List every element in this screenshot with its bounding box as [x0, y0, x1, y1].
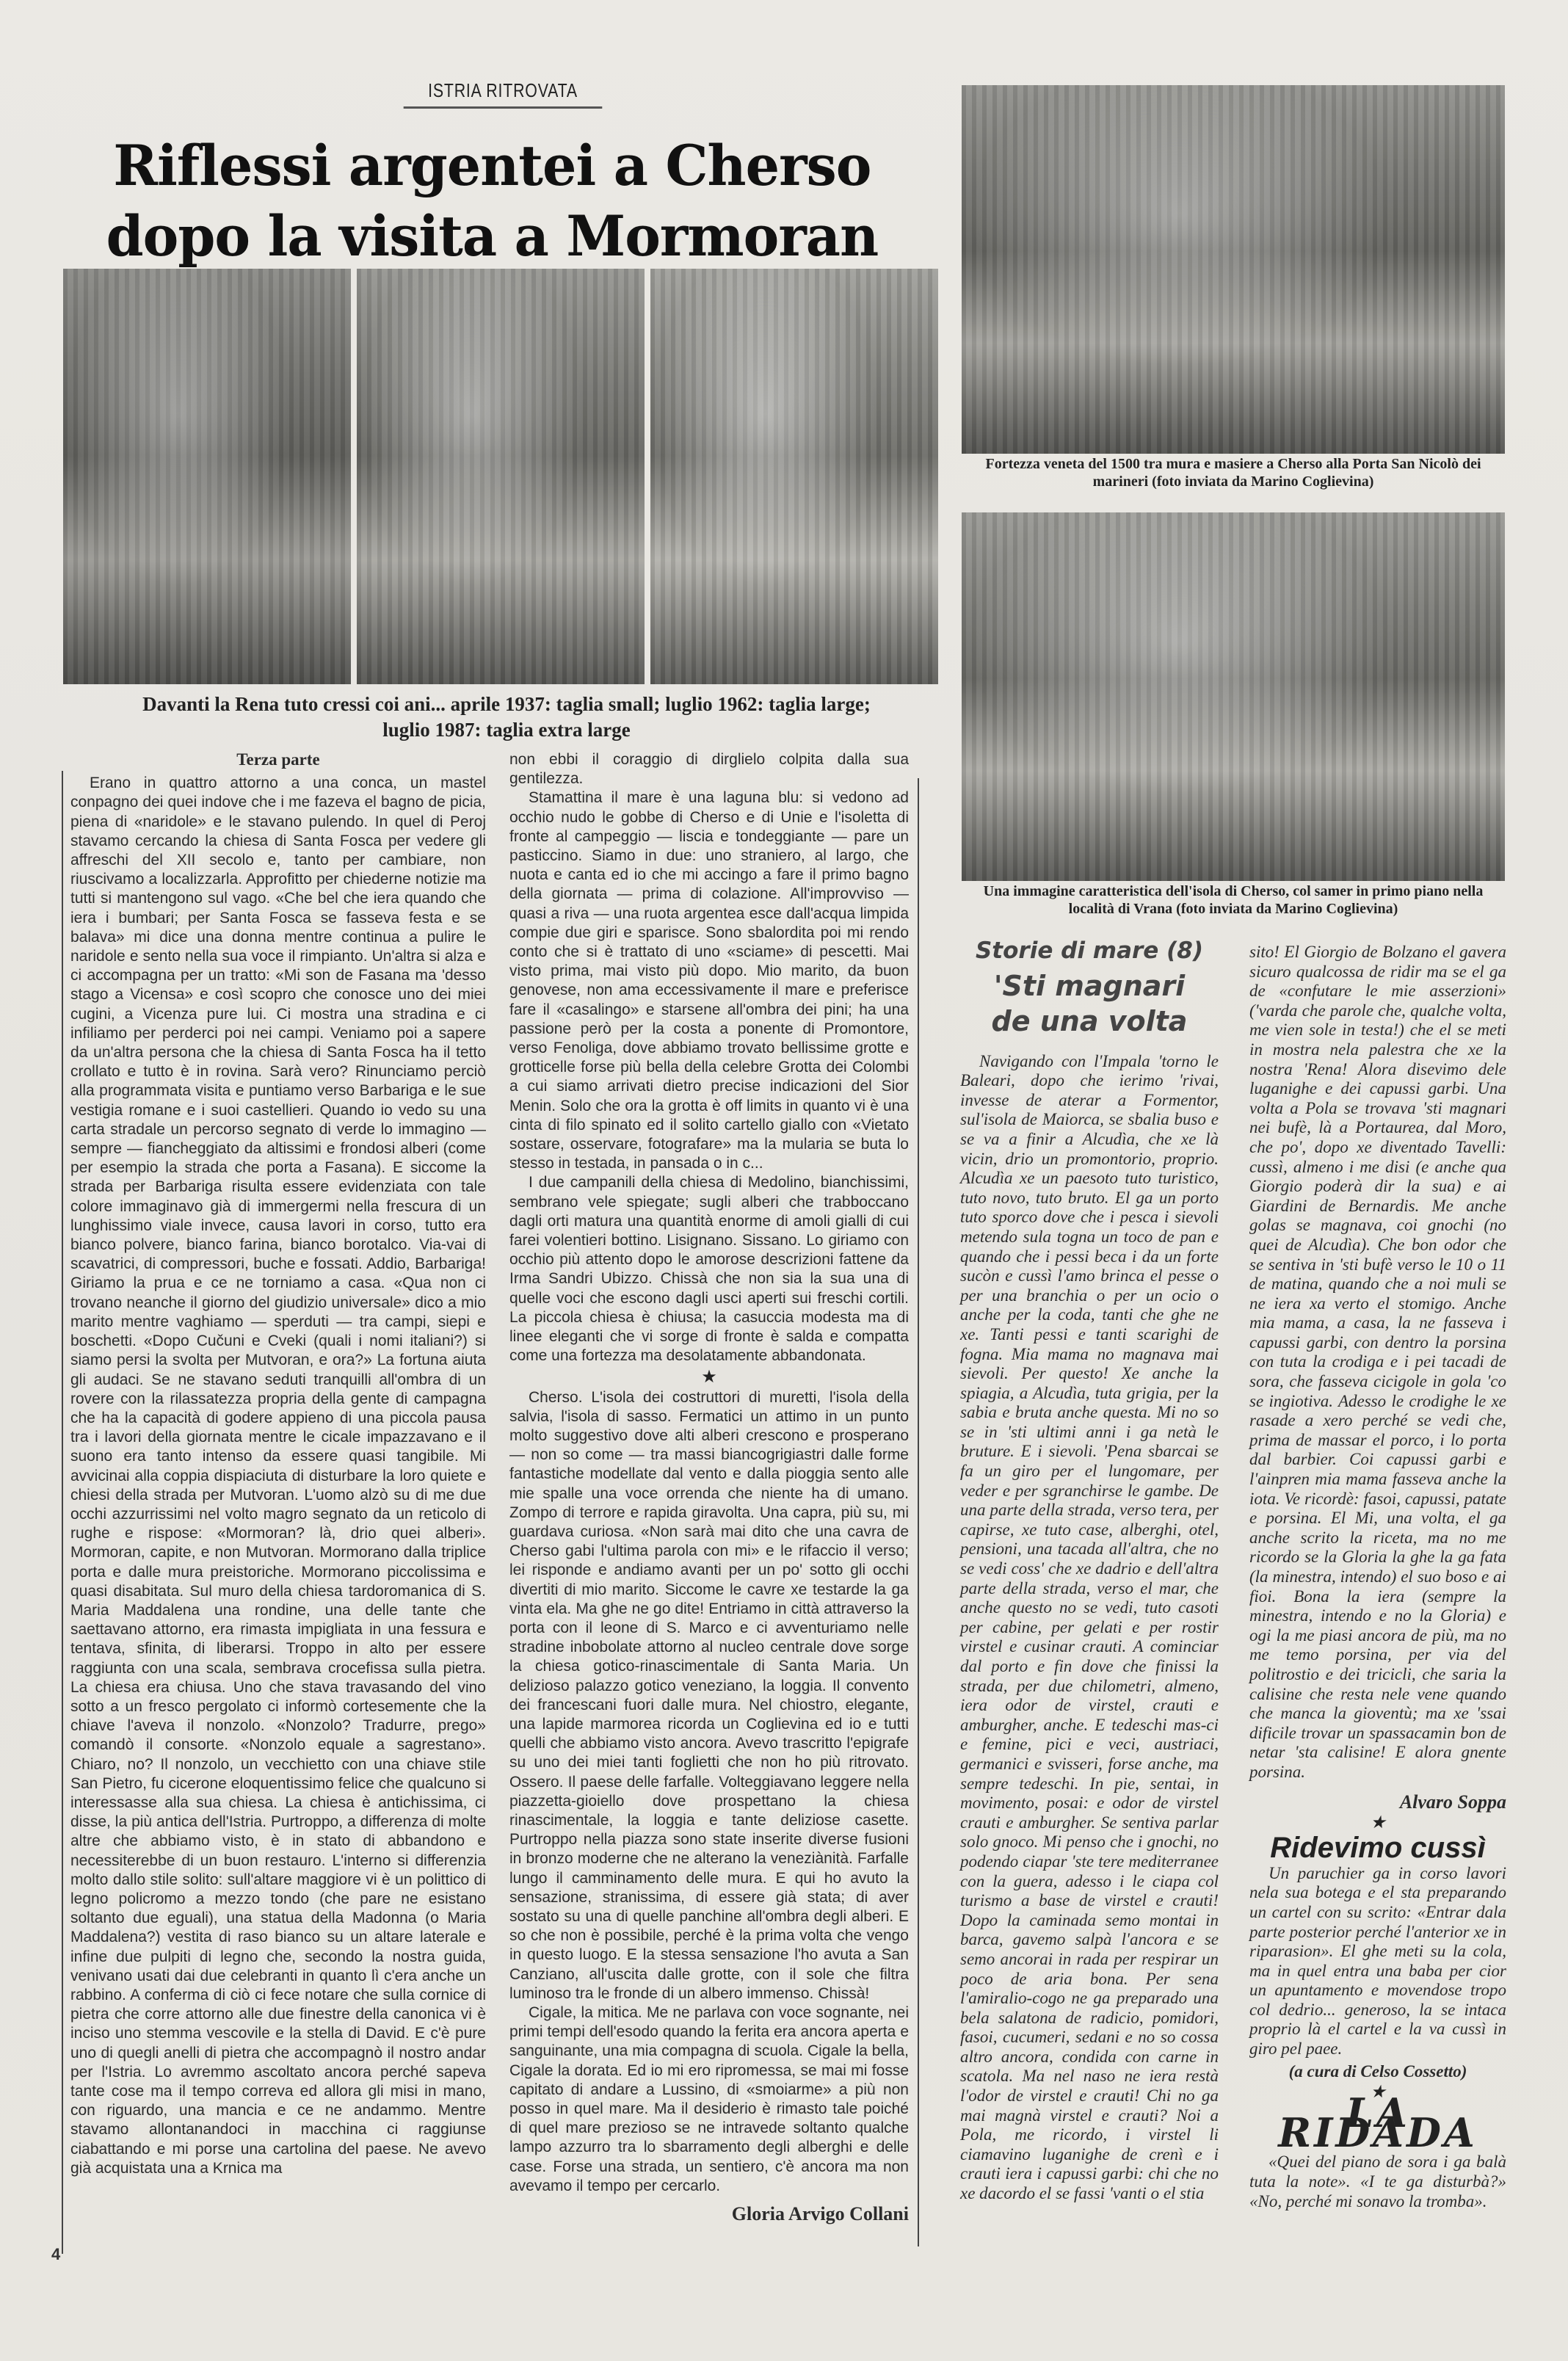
article-column-2: non ebbi il coraggio di dirglielo colpit…: [509, 750, 909, 2224]
ridevimo-text: Un paruchier ga in corso lavori nela sua…: [1249, 1864, 1506, 2059]
story-paragraph: sito! El Giorgio de Bolzano el gavera si…: [1249, 943, 1506, 1782]
series-title: Storie di mare (8): [960, 941, 1219, 961]
photo-1937: [63, 269, 351, 684]
article-paragraph: I due campanili della chiesa di Medolino…: [509, 1173, 909, 1366]
photo-vrana: [962, 512, 1505, 881]
storie-column-1: Storie di mare (8) 'Sti magnari de una v…: [960, 941, 1219, 2204]
article-author: Gloria Arvigo Collani: [509, 2205, 909, 2224]
newspaper-page: ISTRIA RITROVATA Riflessi argentei a Che…: [0, 0, 1568, 2361]
storie-column-2: sito! El Giorgio de Bolzano el gavera si…: [1249, 943, 1506, 2211]
story-title-line-2: de una volta: [960, 1004, 1219, 1039]
section-kicker: ISTRIA RITROVATA: [404, 79, 603, 109]
story-title-line-1: 'Sti magnari: [960, 968, 1219, 1004]
article-paragraph: Cherso. L'isola dei costruttori di muret…: [509, 1388, 909, 2004]
article-paragraph: non ebbi il coraggio di dirglielo colpit…: [509, 750, 909, 788]
headline-line-1: Riflessi argentei a Cherso: [94, 131, 890, 201]
star-separator: ★: [509, 1366, 909, 1388]
headline-line-2: dopo la visita a Mormoran: [94, 201, 890, 272]
article-paragraph: Cigale, la mitica. Me ne parlava con voc…: [509, 2003, 909, 2196]
ridevimo-credit: (a cura di Celso Cossetto): [1249, 2062, 1506, 2082]
article-subhead: Terza parte: [70, 750, 486, 769]
column-rule: [918, 778, 919, 2246]
la-ridada-text: «Quei del piano de sora i ga balà tuta l…: [1249, 2153, 1506, 2211]
article-paragraph: Erano in quattro attorno a una conca, un…: [70, 774, 486, 2178]
story-author: Alvaro Soppa: [1249, 1793, 1506, 1813]
story-paragraph: Navigando con l'Impala 'torno le Baleari…: [960, 1052, 1219, 2204]
photo-vrana-caption: Una immagine caratteristica dell'isola d…: [962, 882, 1505, 918]
story-title: 'Sti magnari de una volta: [960, 968, 1219, 1039]
article-headline: Riflessi argentei a Cherso dopo la visit…: [94, 131, 890, 272]
article-column-1: Terza parte Erano in quattro attorno a u…: [70, 750, 486, 2178]
article-paragraph: Stamattina il mare è una laguna blu: si …: [509, 788, 909, 1173]
photo-1987: [650, 269, 938, 684]
star-separator: ★: [1249, 1812, 1506, 1834]
ridevimo-title: Ridevimo cussì: [1249, 1838, 1506, 1858]
photo-strip-caption: Davanti la Rena tuto cressi coi ani... a…: [125, 692, 888, 743]
page-number: 4: [51, 2245, 60, 2264]
photo-1962: [357, 269, 645, 684]
column-rule: [62, 771, 63, 2254]
photo-fortezza-veneta: [962, 85, 1505, 454]
la-ridada-title: LA RIDADA: [1249, 2103, 1506, 2142]
photo-fortezza-caption: Fortezza veneta del 1500 tra mura e masi…: [962, 455, 1505, 490]
